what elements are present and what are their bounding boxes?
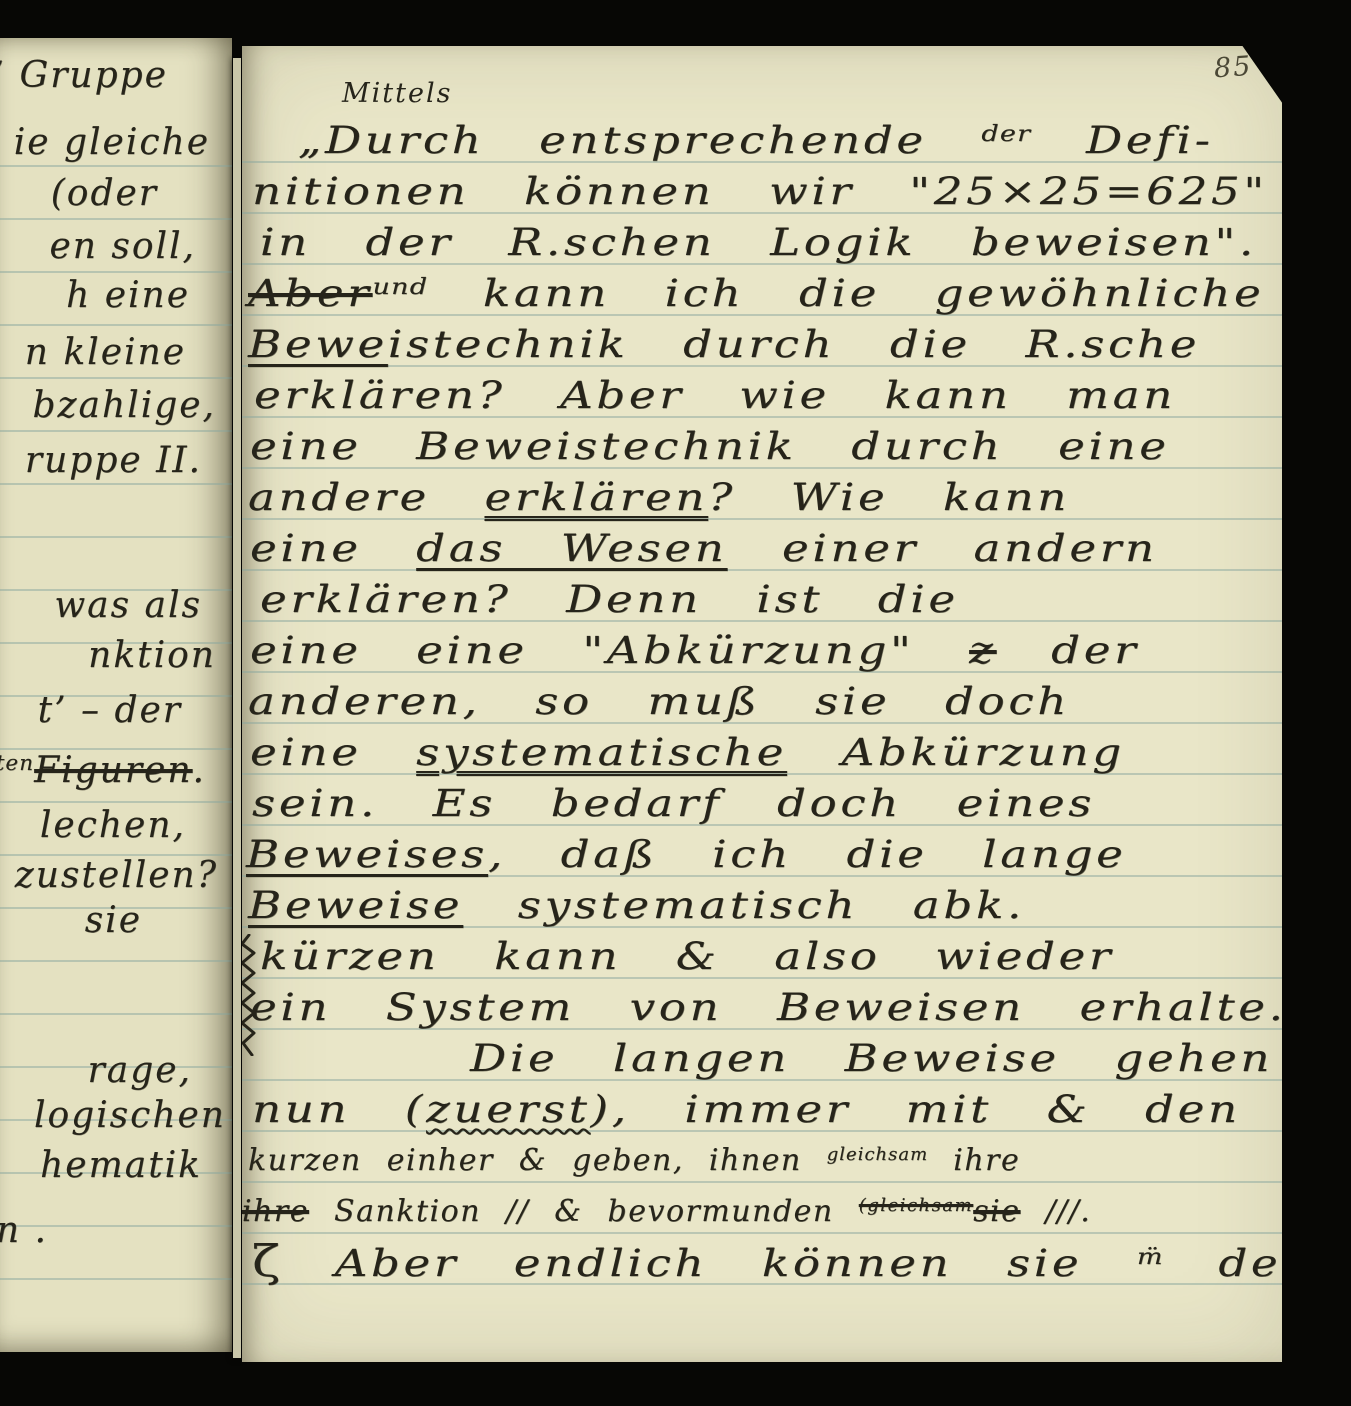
handwritten-line: erklären? Aber wie kann man: [254, 375, 1176, 417]
text-segment: (oder: [51, 173, 158, 214]
handwritten-line: Beweise systematisch abk.: [248, 885, 1025, 927]
text-segment: ein System von Beweisen erhalte.: [250, 986, 1282, 1029]
clipped-text-fragment: n .: [0, 1210, 48, 1252]
clipped-text-fragment: t’ – der: [38, 690, 182, 732]
text-segment: systematisch abk.: [463, 884, 1025, 927]
handwritten-line: eine eine "Abkürzung" z der: [250, 630, 1139, 672]
text-segment: sie: [85, 900, 142, 941]
text-segment: t’ – der: [38, 690, 182, 731]
handwritten-line: in der R.schen Logik beweisen". —: [260, 222, 1282, 264]
text-segment: Sanktion // & bevormunden: [309, 1194, 859, 1229]
text-segment: eine: [250, 527, 416, 570]
clipped-text-fragment: ruppe II.: [25, 440, 202, 482]
clipped-text-fragment: n kleine: [25, 332, 186, 374]
handwritten-line: ζ Aber endlich können sie m̈ den: [252, 1242, 1282, 1284]
inserted-word: gleichsam: [827, 1144, 928, 1165]
handwritten-line: Beweistechnik durch die R.sche: [248, 324, 1200, 366]
text-segment: kurzen einher & geben, ihnen: [248, 1143, 827, 1178]
inserted-word: ten: [0, 751, 34, 776]
text-segment: ruppe II.: [25, 440, 202, 481]
page-edge-sliver: [233, 58, 241, 1358]
text-segment: „Durch entsprechende: [298, 119, 981, 162]
underlined-word: das Wesen: [416, 527, 727, 570]
text-segment: rage,: [88, 1050, 192, 1091]
underlined-word: Bewe: [248, 323, 388, 366]
text-segment: h eine: [66, 275, 190, 316]
handwritten-line: eine systematische Abkürzung: [250, 732, 1125, 774]
text-segment: erklären? Aber wie kann man: [254, 374, 1176, 417]
text-segment: kürzen kann & also wieder: [260, 935, 1114, 978]
clipped-text-fragment: tenFiguren.: [0, 750, 206, 792]
text-segment: ), immer mit & den: [590, 1088, 1240, 1131]
double-underlined-word: erklären: [484, 476, 708, 519]
text-segment: Die langen Beweise gehen: [470, 1037, 1273, 1080]
clipped-text-fragment: en soll,: [49, 226, 196, 268]
clipped-text-fragment: sie: [85, 900, 142, 942]
inserted-word: m̈: [1137, 1244, 1164, 1270]
handwritten-line: erklären? Denn ist die: [260, 579, 959, 621]
handwritten-line: „Durch entsprechende der Defi-: [298, 120, 1214, 162]
handwritten-line: andere erklären? Wie kann: [248, 477, 1070, 519]
margin-mark: ζ: [252, 1238, 280, 1287]
text-segment: istechnik durch die R.sche: [388, 323, 1200, 366]
clipped-text-fragment: hematik: [40, 1145, 202, 1187]
text-segment: kann ich die gewöhnliche: [428, 272, 1264, 315]
text-segment: hematik: [40, 1145, 202, 1186]
text-segment: Defi-: [1031, 119, 1213, 162]
handwritten-line: kürzen kann & also wieder: [260, 936, 1114, 978]
text-segment: nitionen können wir "25×25=625": [252, 170, 1268, 213]
inserted-word: der: [981, 121, 1031, 147]
underlined-word: Beweise: [248, 884, 463, 927]
text-segment: e’ Gruppe: [0, 55, 168, 96]
notebook-scan: e’ Gruppe ie gleiche (oder en soll, h ei…: [0, 0, 1351, 1406]
text-segment: ? Wie kann: [708, 476, 1070, 519]
text-segment: lechen,: [40, 805, 186, 846]
double-underlined-word: systematische: [416, 731, 787, 774]
left-page: e’ Gruppe ie gleiche (oder en soll, h ei…: [0, 38, 232, 1352]
clipped-text-fragment: zustellen?: [15, 855, 218, 897]
text-segment: n .: [0, 1210, 48, 1251]
text-segment: eine Beweistechnik durch eine: [250, 425, 1170, 468]
text-segment: bzahlige,: [33, 385, 216, 426]
text-segment: n kleine: [25, 332, 186, 373]
inserted-word-mittels: Mittels: [342, 78, 452, 109]
struck-word: Aber: [248, 272, 372, 315]
clipped-text-fragment: logischen: [34, 1095, 226, 1137]
handwritten-line: Beweises, daß ich die lange: [246, 834, 1127, 876]
text-segment: zustellen?: [15, 855, 218, 896]
clipped-text-fragment: nktion: [88, 635, 216, 677]
text-segment: was als: [54, 585, 202, 626]
underlined-word: Beweises: [246, 833, 488, 876]
struck-word: sie: [973, 1194, 1020, 1229]
text-segment: logischen: [34, 1095, 226, 1136]
struck-word: ihre: [242, 1194, 309, 1229]
clipped-text-fragment: was als: [54, 585, 202, 627]
text-segment: eine: [250, 731, 416, 774]
clipped-text-fragment: bzahlige,: [33, 385, 216, 427]
handwritten-line: nitionen können wir "25×25=625": [252, 171, 1268, 213]
handwritten-line: Die langen Beweise gehen: [470, 1038, 1273, 1080]
text-segment: einer andern: [727, 527, 1157, 570]
handwritten-line: ihre Sanktion // & bevormunden (gleichsa…: [242, 1191, 1091, 1233]
text-segment: andere: [248, 476, 484, 519]
text-segment: in der R.schen Logik beweisen". —: [260, 221, 1282, 264]
struck-scribble: z: [969, 629, 996, 672]
text-segment: anderen, so muß sie doch: [248, 680, 1070, 723]
handwritten-line: sein. Es bedarf doch eines: [252, 783, 1095, 825]
main-page: 85 Mittels „Durch entsprechende der Defi…: [242, 46, 1282, 1362]
handwritten-line: eine das Wesen einer andern: [250, 528, 1158, 570]
struck-inserted-word: (gleichsam: [859, 1195, 973, 1216]
text-segment: ie gleiche: [14, 122, 210, 163]
text-segment: Aber endlich können sie: [280, 1242, 1137, 1285]
clipped-text-fragment: e’ Gruppe: [0, 55, 168, 97]
text-segment: , daß ich die lange: [488, 833, 1127, 876]
clipped-text-fragment: rage,: [88, 1050, 192, 1092]
text-segment: den: [1164, 1242, 1282, 1285]
clipped-text-fragment: ie gleiche: [14, 122, 210, 164]
text-segment: eine eine "Abkürzung": [250, 629, 969, 672]
text-segment: erklären? Denn ist die: [260, 578, 959, 621]
clipped-text-fragment: (oder: [51, 173, 158, 215]
struck-word: Figuren: [34, 750, 192, 791]
text-segment: nktion: [88, 635, 216, 676]
text-segment: ///.: [1020, 1194, 1091, 1229]
handwritten-line: anderen, so muß sie doch: [248, 681, 1070, 723]
wavy-underlined-word: zuerst: [426, 1088, 590, 1131]
handwritten-line: ein System von Beweisen erhalte.: [250, 987, 1282, 1029]
text-segment: nun (: [252, 1088, 426, 1131]
handwritten-line: nun (zuerst), immer mit & den: [252, 1089, 1241, 1131]
text-segment: Abkürzung: [787, 731, 1125, 774]
clipped-text-fragment: lechen,: [40, 805, 186, 847]
text-segment: .: [193, 750, 206, 791]
text-segment: sein. Es bedarf doch eines: [252, 782, 1095, 825]
inserted-word: und: [372, 274, 428, 300]
handwritten-line: eine Beweistechnik durch eine: [250, 426, 1170, 468]
handwritten-line: kurzen einher & geben, ihnen gleichsam i…: [248, 1140, 1020, 1182]
text-segment: en soll,: [49, 226, 196, 267]
text-segment: der: [997, 629, 1140, 672]
handwritten-line: Aberund kann ich die gewöhnliche: [248, 273, 1264, 315]
clipped-text-fragment: h eine: [66, 275, 190, 317]
text-segment: ihre: [928, 1143, 1020, 1178]
page-number: 85: [1213, 51, 1253, 85]
